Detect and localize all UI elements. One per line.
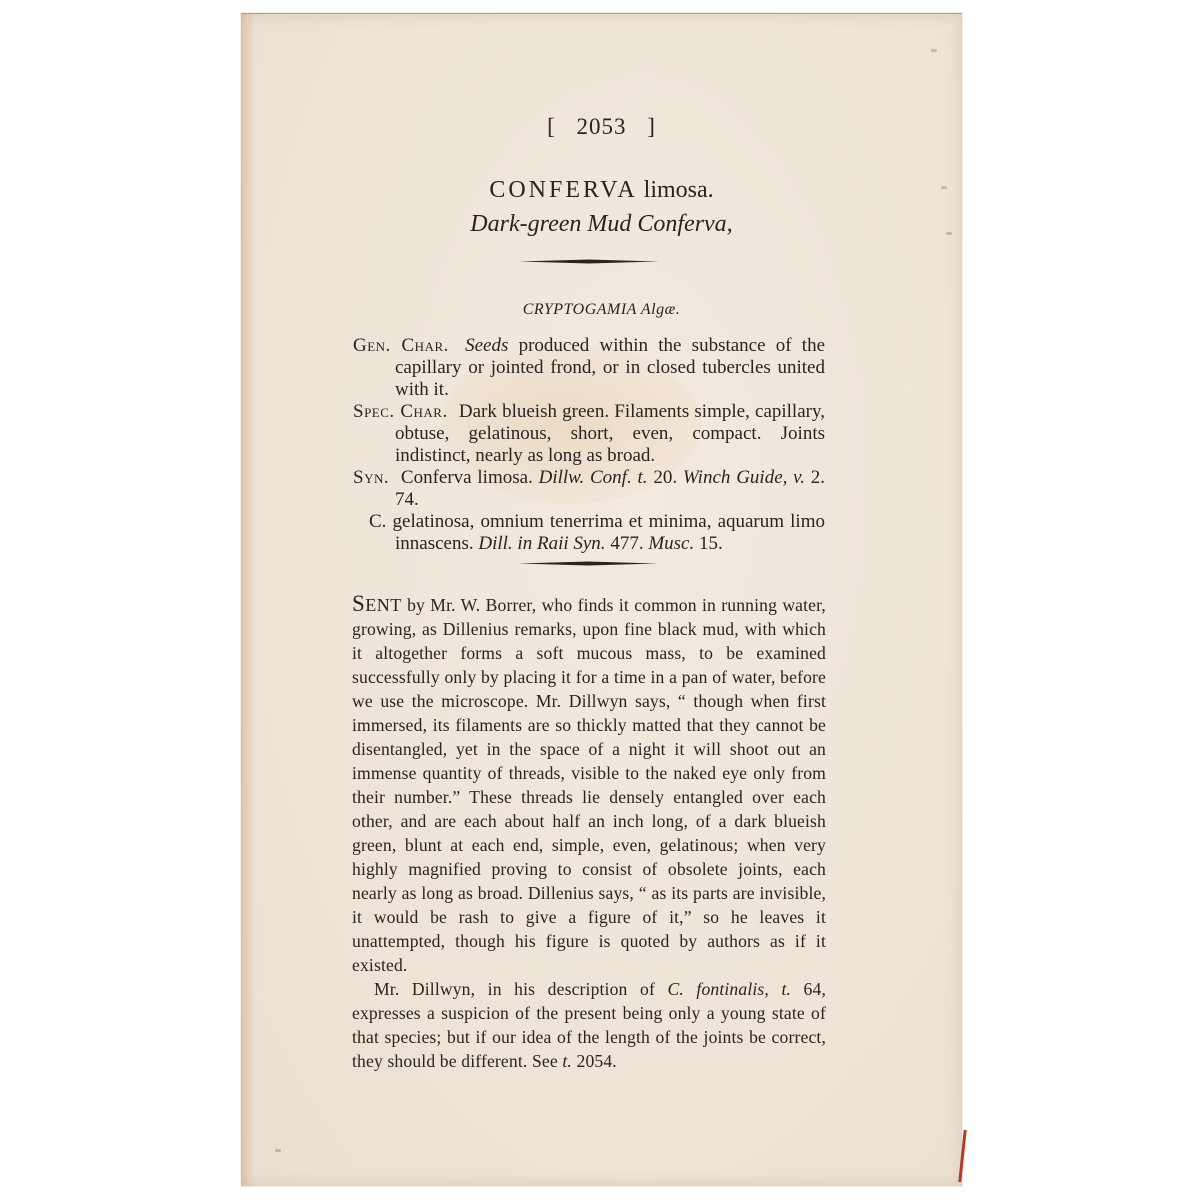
- syn-label: Syn.: [353, 467, 389, 488]
- synonymy-secondary: C. gelatinosa, omnium tenerrima et minim…: [353, 511, 825, 555]
- syn2-ref2: Musc.: [648, 533, 694, 554]
- classification-line: CRYPTOGAMIA Algæ.: [241, 301, 962, 319]
- paragraph-2-text-c: 2054.: [572, 1051, 617, 1071]
- species-title: CONFERVAlimosa.: [241, 177, 962, 204]
- description-body: SENT by Mr. W. Borrer, who finds it comm…: [352, 592, 826, 1073]
- gen-char-italic: Seeds: [465, 335, 508, 356]
- paper-mark: [946, 232, 952, 235]
- paragraph-2-text-a: Mr. Dillwyn, in his description of: [374, 979, 667, 999]
- ornamental-rule-top: [519, 259, 659, 263]
- syn-text: Conferva limosa.: [401, 467, 539, 488]
- specific-character: Spec. Char. Dark blueish green. Filament…: [353, 401, 825, 467]
- order-name: Algæ.: [641, 301, 680, 318]
- gen-char-text: produced within the substance of the cap…: [395, 335, 825, 400]
- paragraph-1-text: by Mr. W. Borrer, who finds it common in…: [352, 595, 826, 975]
- spec-char-label: Spec. Char.: [353, 401, 448, 422]
- synonymy: Syn. Conferva limosa. Dillw. Conf. t. 20…: [353, 467, 825, 511]
- common-name: Dark-green Mud Conferva,: [241, 211, 962, 238]
- paragraph-2-italic-ref: C. fontinalis, t.: [667, 979, 791, 999]
- class-name: CRYPTOGAMIA: [523, 301, 637, 318]
- initial-letter: S: [352, 591, 365, 616]
- syn2-ref1: Dill. in Raii Syn.: [478, 533, 605, 554]
- characters-block: Gen. Char. Seeds produced within the sub…: [353, 335, 825, 555]
- gen-char-label: Gen. Char.: [353, 335, 449, 356]
- species-epithet: limosa.: [644, 177, 714, 203]
- syn-ref1: Dillw. Conf. t.: [539, 467, 648, 488]
- initial-rest: ENT: [365, 595, 402, 615]
- plate-number: [ 2053 ]: [241, 114, 962, 140]
- ornamental-rule-middle: [518, 561, 658, 565]
- generic-character: Gen. Char. Seeds produced within the sub…: [353, 335, 825, 401]
- paragraph-2: Mr. Dillwyn, in his description of C. fo…: [352, 977, 826, 1073]
- paper-mark: [931, 49, 937, 52]
- syn-ref1-num: 20.: [648, 467, 683, 488]
- genus-name: CONFERVA: [489, 177, 637, 203]
- paper-mark: [275, 1149, 281, 1152]
- spec-char-text: Dark blueish green. Filaments simple, ca…: [395, 401, 825, 466]
- syn2-ref2-num: 15.: [694, 533, 723, 554]
- paragraph-2-italic-t: t.: [562, 1051, 572, 1071]
- syn-ref2: Winch Guide, v.: [683, 467, 805, 488]
- syn2-ref1-num: 477.: [606, 533, 649, 554]
- paragraph-1: SENT by Mr. W. Borrer, who finds it comm…: [352, 592, 826, 977]
- paper-mark: [941, 186, 947, 189]
- book-page: [ 2053 ] CONFERVAlimosa. Dark-green Mud …: [241, 13, 962, 1186]
- opening-word: SENT: [352, 591, 402, 616]
